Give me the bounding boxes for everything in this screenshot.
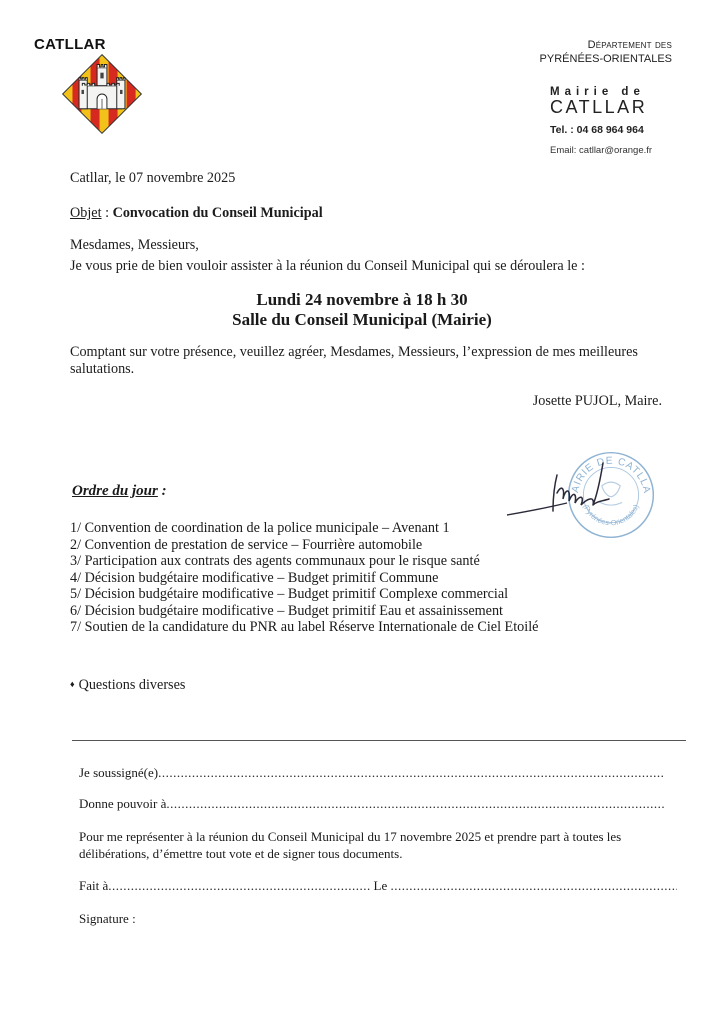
- closing-text: Comptant sur votre présence, veuillez ag…: [70, 344, 670, 378]
- agenda-item: 4/ Décision budgétaire modificative – Bu…: [70, 570, 538, 587]
- grant-label: Donne pouvoir à: [79, 796, 166, 811]
- subject-line: Objet : Convocation du Conseil Municipal: [70, 205, 323, 222]
- municipality-logo-text: CATLLAR: [34, 36, 106, 53]
- subject-separator: :: [102, 205, 113, 221]
- undersigned-label: Je soussigné(e): [79, 765, 158, 780]
- place-dots[interactable]: ........................................…: [108, 878, 370, 894]
- coat-of-arms-icon: [61, 53, 143, 135]
- letter-date: Catllar, le 07 novembre 2025: [70, 170, 235, 187]
- undersigned-field[interactable]: Je soussigné(e).........................…: [79, 765, 665, 781]
- salutation: Mesdames, Messieurs,: [70, 237, 199, 254]
- email-address[interactable]: Email: catllar@orange.fr: [550, 145, 652, 156]
- proxy-statement: Pour me représenter à la réunion du Cons…: [79, 828, 689, 862]
- agenda-item: 3/ Participation aux contrats des agents…: [70, 553, 538, 570]
- place-label: Fait à: [79, 878, 108, 894]
- signatory-name: Josette PUJOL, Maire.: [533, 393, 662, 410]
- agenda-item: 7/ Soutien de la candidature du PNR au l…: [70, 619, 538, 636]
- agenda-title: Ordre du jour :: [72, 483, 167, 500]
- proxy-recipient-field[interactable]: Donne pouvoir à.........................…: [79, 796, 665, 812]
- meeting-details: Lundi 24 novembre à 18 h 30 Salle du Con…: [0, 290, 724, 330]
- department-line-1: Département des: [452, 38, 672, 52]
- date-dots[interactable]: ........................................…: [390, 878, 677, 894]
- agenda-list: 1/ Convention de coordination de la poli…: [70, 520, 538, 636]
- diamond-bullet-icon: ♦: [70, 679, 75, 689]
- undersigned-dots: ........................................…: [158, 765, 665, 780]
- agenda-item: 5/ Décision budgétaire modificative – Bu…: [70, 586, 538, 603]
- agenda-title-suffix: :: [158, 483, 167, 499]
- department-block: Département des PYRÉNÉES-ORIENTALES: [452, 38, 672, 66]
- subject-value: Convocation du Conseil Municipal: [113, 205, 323, 221]
- place-date-field[interactable]: Fait à .................................…: [79, 878, 677, 894]
- mayor-signature-icon: [505, 455, 625, 525]
- misc-questions-label: Questions diverses: [79, 677, 186, 693]
- section-divider: [72, 740, 686, 741]
- misc-questions: ♦Questions diverses: [70, 676, 185, 694]
- agenda-item: 2/ Convention de prestation de service –…: [70, 537, 538, 554]
- agenda-item: 6/ Décision budgétaire modificative – Bu…: [70, 603, 538, 620]
- meeting-place: Salle du Conseil Municipal (Mairie): [0, 310, 724, 330]
- department-line-2: PYRÉNÉES-ORIENTALES: [452, 52, 672, 66]
- date-label: Le: [370, 878, 390, 894]
- phone-number: Tel. : 04 68 964 964: [550, 124, 644, 136]
- subject-label: Objet: [70, 205, 102, 221]
- grant-dots: ........................................…: [166, 796, 665, 811]
- agenda-title-text: Ordre du jour: [72, 483, 158, 499]
- mairie-name: CATLLAR: [550, 97, 647, 118]
- invitation-text: Je vous prie de bien vouloir assister à …: [70, 258, 585, 275]
- meeting-datetime: Lundi 24 novembre à 18 h 30: [0, 290, 724, 310]
- agenda-item: 1/ Convention de coordination de la poli…: [70, 520, 538, 537]
- signature-field[interactable]: Signature :: [79, 911, 136, 927]
